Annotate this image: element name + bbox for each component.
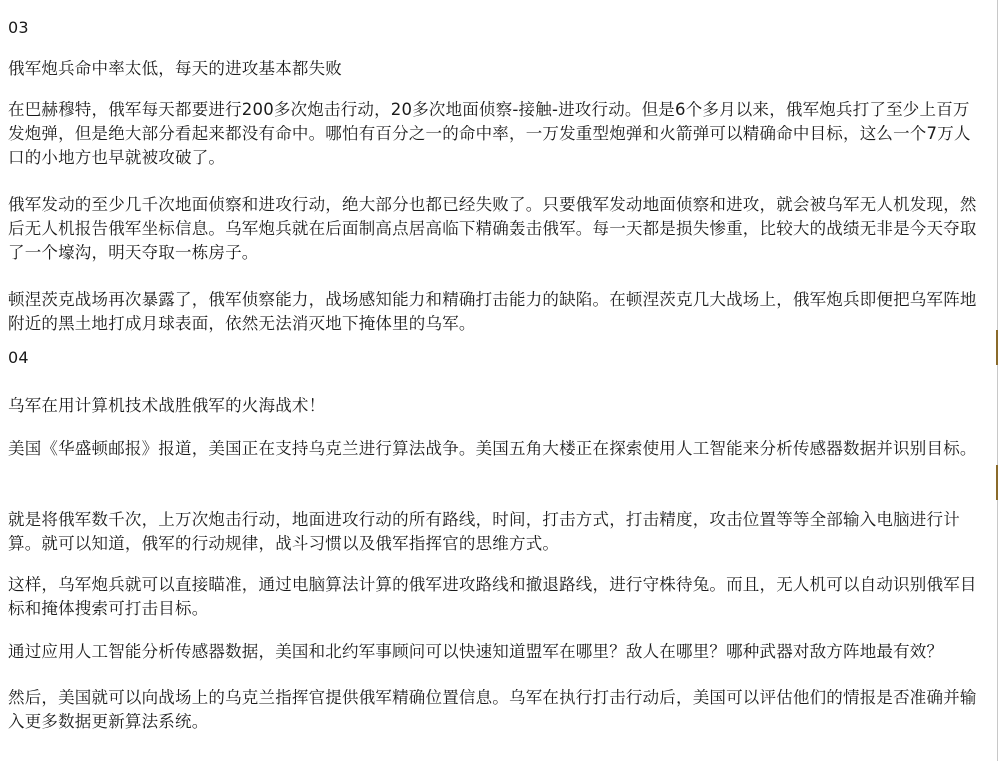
paragraph: 美国《华盛顿邮报》报道，美国正在支持乌克兰进行算法战争。美国五角大楼正在探索使用…: [8, 437, 983, 461]
page-edge-divider: [997, 0, 998, 761]
paragraph: 通过应用人工智能分析传感器数据，美国和北约军事顾问可以快速知道盟军在哪里？敌人在…: [8, 640, 983, 664]
paragraph: 在巴赫穆特，俄军每天都要进行200多次炮击行动，20多次地面侦察-接触-进攻行动…: [8, 98, 983, 170]
paragraph: 然后，美国就可以向战场上的乌克兰指挥官提供俄军精确位置信息。乌军在执行打击行动后…: [8, 686, 983, 734]
scroll-marker: [996, 465, 998, 500]
section-heading: 俄军炮兵命中率太低，每天的进攻基本都失败: [8, 57, 983, 81]
section-number: 03: [8, 16, 983, 40]
paragraph: 顿涅茨克战场再次暴露了，俄军侦察能力，战场感知能力和精确打击能力的缺陷。在顿涅茨…: [8, 288, 983, 336]
section-number: 04: [8, 346, 983, 370]
section-heading: 乌军在用计算机技术战胜俄军的火海战术！: [8, 394, 983, 418]
paragraph: 俄军发动的至少几千次地面侦察和进攻行动，绝大部分也都已经失败了。只要俄军发动地面…: [8, 193, 983, 265]
paragraph: 就是将俄军数千次，上万次炮击行动，地面进攻行动的所有路线，时间，打击方式，打击精…: [8, 508, 983, 556]
scroll-marker: [996, 330, 998, 365]
paragraph: 这样，乌军炮兵就可以直接瞄准，通过电脑算法计算的俄军进攻路线和撤退路线，进行守株…: [8, 573, 983, 621]
